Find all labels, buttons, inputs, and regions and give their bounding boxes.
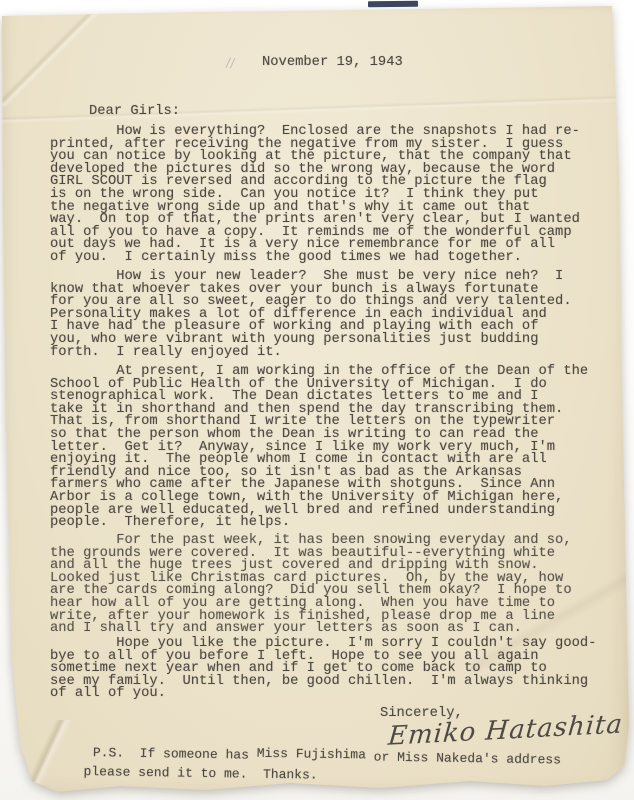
paragraph-2: How is your new leader? She must be very…: [50, 271, 572, 359]
postscript-name-fujishima: Miss Fujishima: [257, 746, 366, 763]
pencil-check-marks: ∕∕: [225, 55, 236, 71]
paragraph-1: How is everything? Enclosed are the snap…: [50, 126, 580, 265]
scanned-letter-photo: ∕∕ November 19, 1943 Dear Girls: How is …: [0, 0, 634, 800]
letter-paper-wrap: ∕∕ November 19, 1943 Dear Girls: How is …: [0, 0, 634, 800]
paragraph-5: Hope you like the picture. I'm sorry I c…: [50, 638, 596, 701]
salutation: Dear Girls:: [89, 106, 180, 119]
letter-paper: ∕∕ November 19, 1943 Dear Girls: How is …: [0, 0, 634, 800]
paragraph-4: For the past week, it has been snowing e…: [50, 535, 572, 636]
paragraph-3: At present, I am working in the office o…: [50, 366, 588, 530]
postscript-prefix: P.S. If someone has: [93, 745, 257, 763]
postscript-suffix: or Miss Nakeda's address: [366, 749, 561, 767]
date-line: November 19, 1943: [262, 57, 403, 70]
